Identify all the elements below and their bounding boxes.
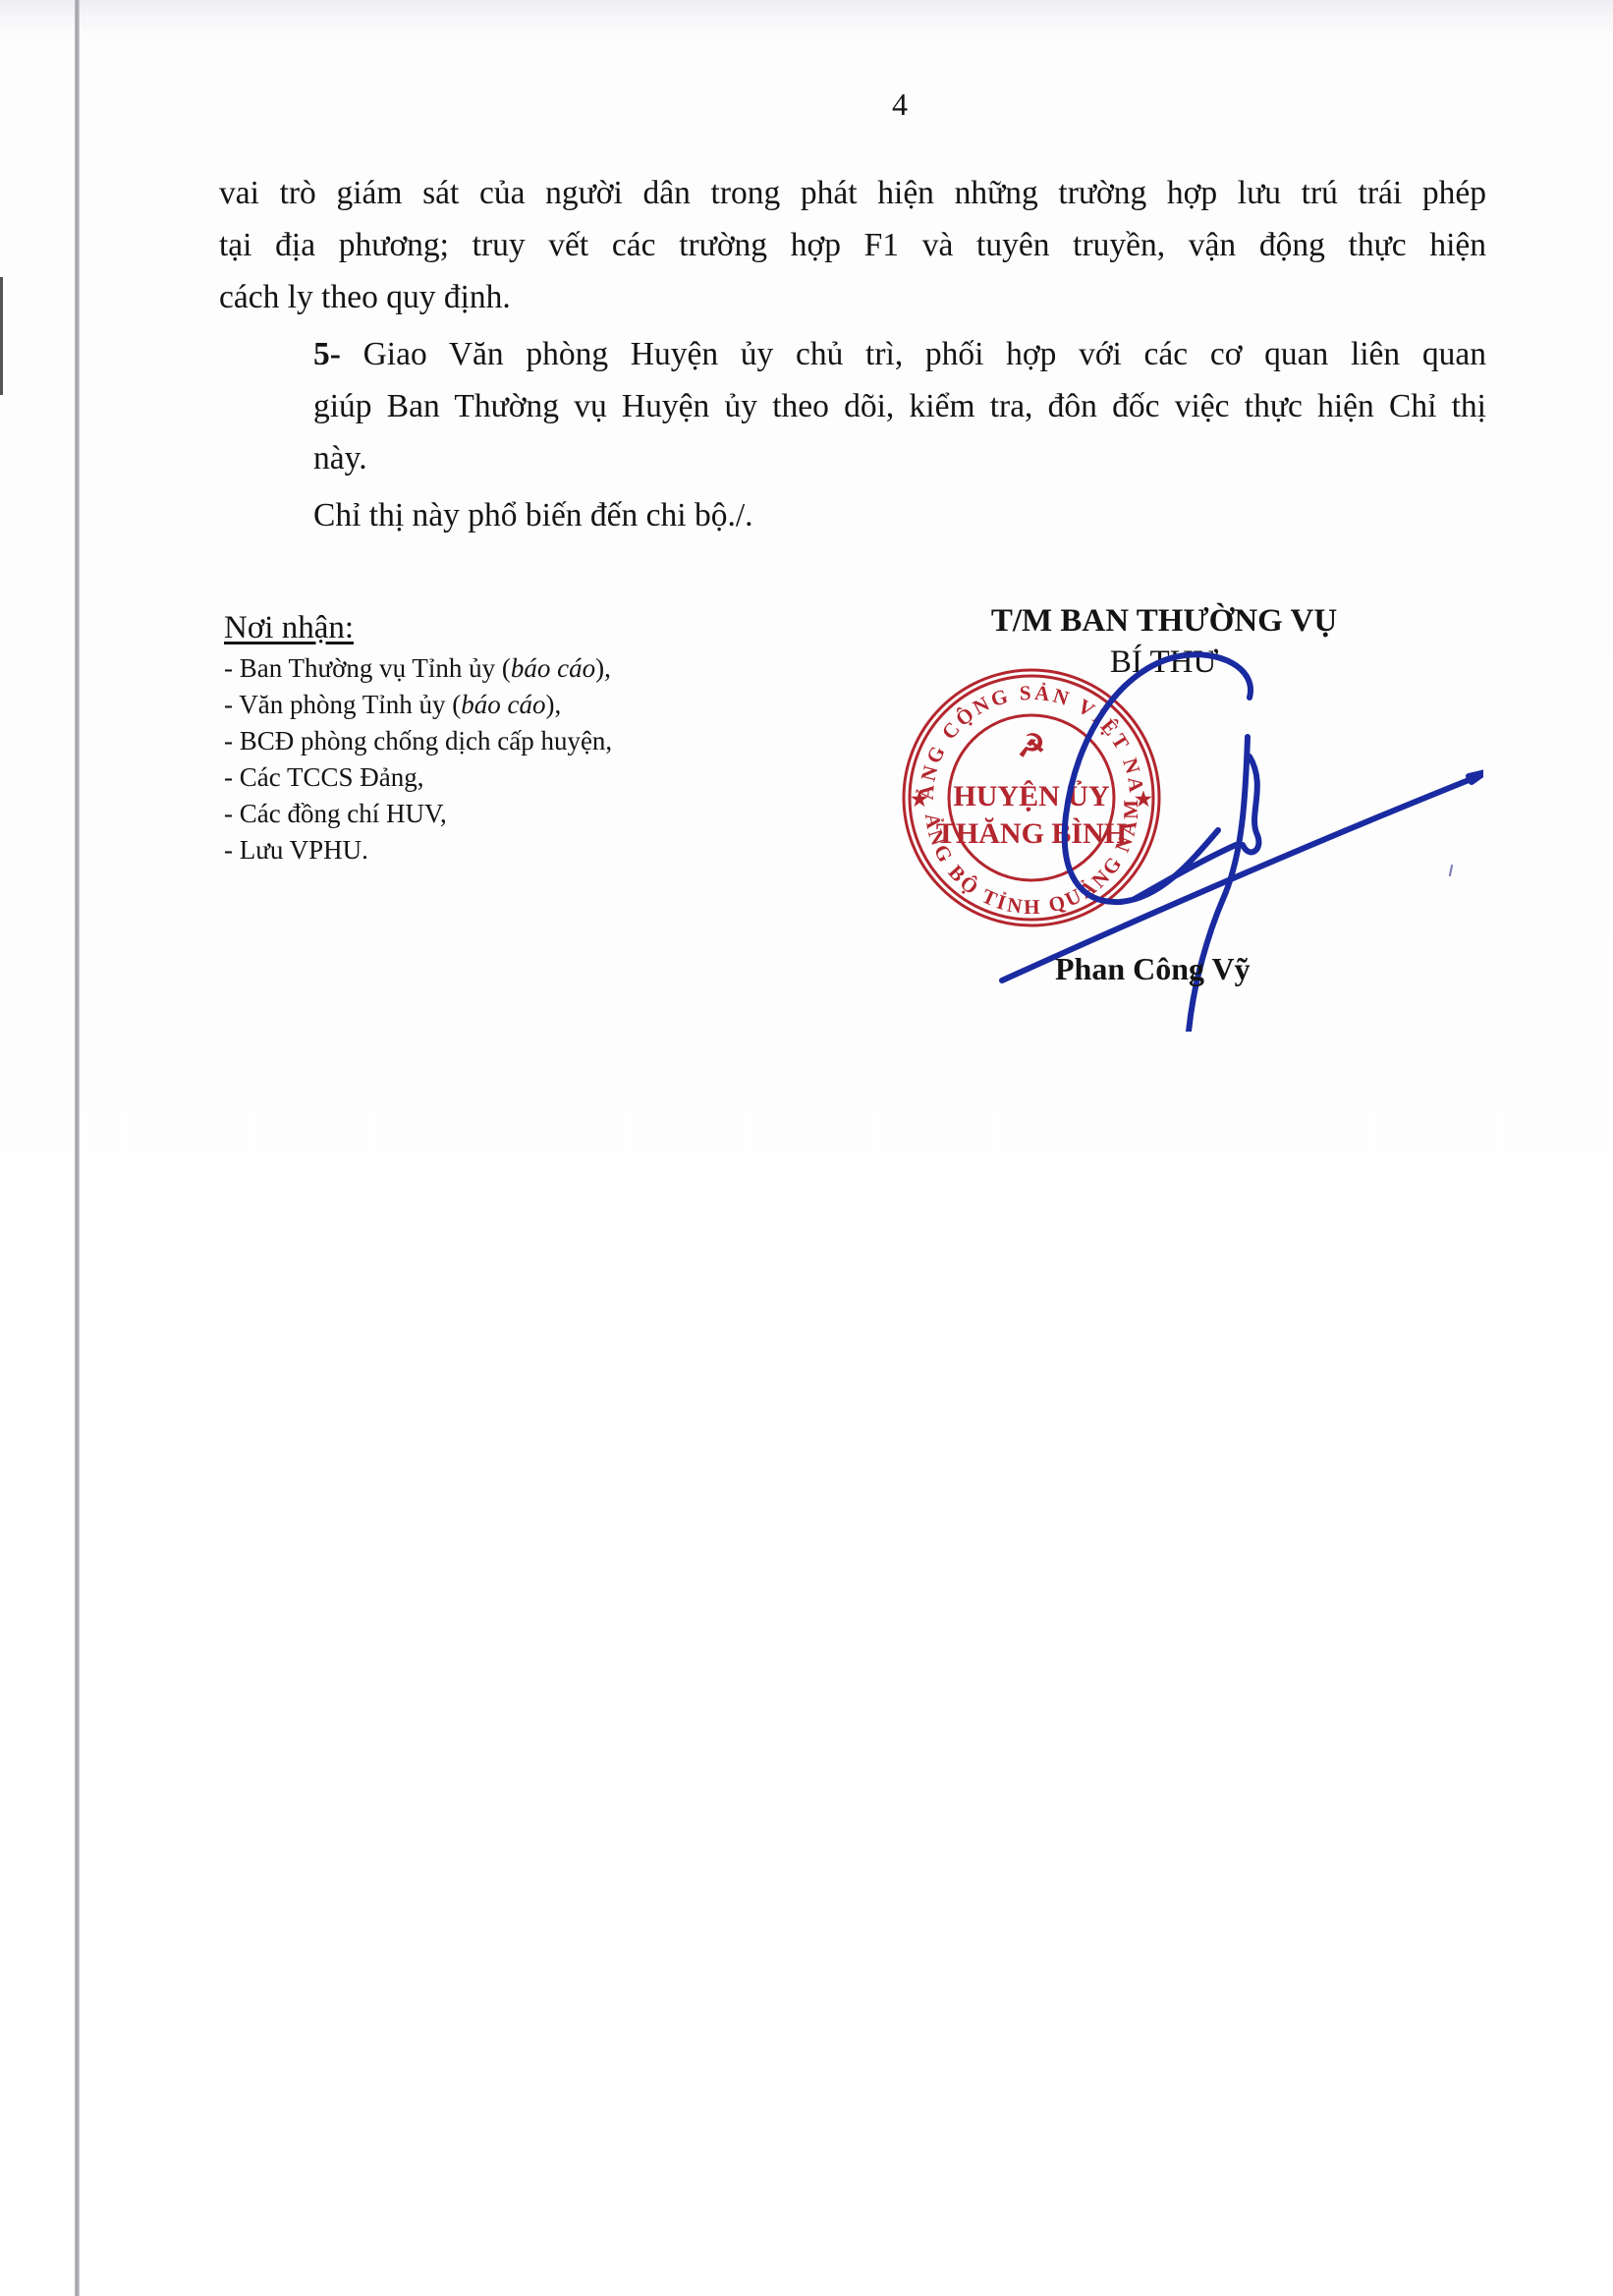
recipient-item: - Các TCCS Đảng,: [224, 759, 612, 796]
text-line: vai trò giám sát của người dân trong phá…: [219, 167, 1486, 219]
recipients-list: - Ban Thường vụ Tỉnh ủy (báo cáo),- Văn …: [224, 650, 612, 868]
recipient-item: - BCĐ phòng chống dịch cấp huyện,: [224, 723, 612, 759]
document-page: 4 vai trò giám sát của người dân trong p…: [0, 0, 1613, 2296]
recipient-item: - Văn phòng Tỉnh ủy (báo cáo),: [224, 687, 612, 723]
text-line: này.: [219, 432, 1486, 484]
recipient-item: - Lưu VPHU.: [224, 832, 612, 868]
recipient-item: - Các đồng chí HUV,: [224, 796, 612, 832]
text-line: cách ly theo quy định.: [219, 271, 1486, 323]
text-line: tại địa phương; truy vết các trường hợp …: [219, 219, 1486, 271]
text-line: giúp Ban Thường vụ Huyện ủy theo dõi, ki…: [219, 380, 1486, 432]
signature-organization: T/M BAN THƯỜNG VỤ: [943, 601, 1385, 641]
svg-text:★: ★: [911, 789, 928, 811]
scan-edge-mark: [0, 277, 3, 395]
paragraph-closing: Chỉ thị này phổ biến đến chi bộ./.: [219, 489, 1486, 541]
recipient-item: - Ban Thường vụ Tỉnh ủy (báo cáo),: [224, 650, 612, 687]
paragraph-continuation: vai trò giám sát của người dân trong phá…: [219, 167, 1486, 323]
recipients-title: Nơi nhận:: [224, 607, 612, 648]
item-number: 5-: [313, 336, 341, 372]
text-line: Chỉ thị này phổ biến đến chi bộ./.: [219, 489, 1486, 541]
recipients-block: Nơi nhận: - Ban Thường vụ Tỉnh ủy (báo c…: [224, 607, 612, 868]
paragraph-item-5: 5- Giao Văn phòng Huyện ủy chủ trì, phối…: [219, 328, 1486, 484]
page-number: 4: [0, 86, 1613, 123]
signatory-name: Phan Công Vỹ: [1055, 951, 1251, 987]
scan-binding-edge: [75, 0, 80, 2296]
text-line: Giao Văn phòng Huyện ủy chủ trì, phối hợ…: [341, 336, 1486, 372]
